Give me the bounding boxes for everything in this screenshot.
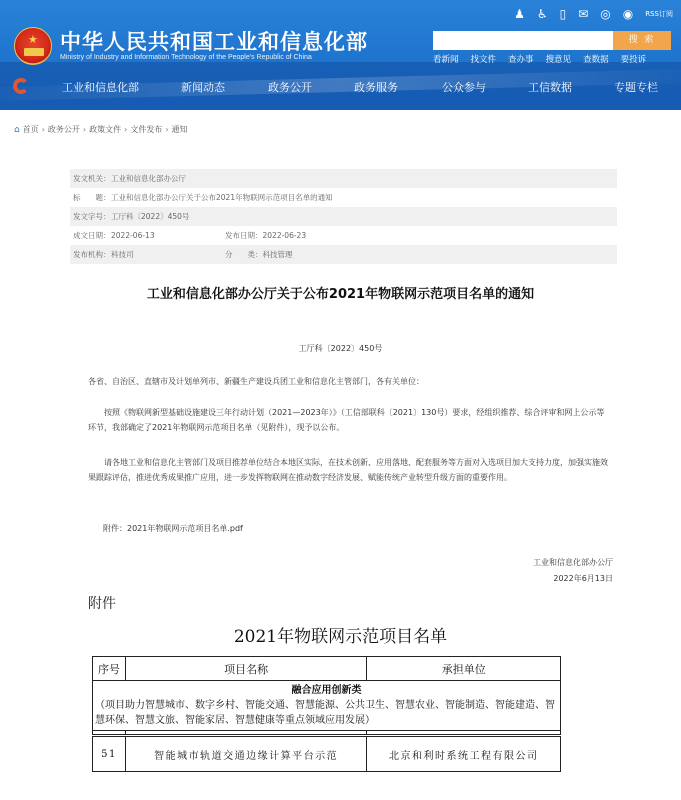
- salutation: 各省、自治区、直辖市及计划单列市、新疆生产建设兵团工业和信息化主管部门，各有关单…: [88, 374, 612, 389]
- search-input[interactable]: [433, 31, 613, 50]
- meta-label: 成文日期：: [73, 230, 111, 241]
- search-button[interactable]: 搜 索: [613, 31, 671, 50]
- meta-label: 标 题：: [73, 192, 111, 203]
- signature-organization: 工业和信息化部办公厅: [533, 557, 613, 568]
- nav-item-gov-affairs[interactable]: 政务公开: [268, 79, 312, 95]
- star-icon: ★: [28, 34, 38, 45]
- tiananmen-icon: [24, 48, 44, 56]
- meta-value: 2022-06-23: [263, 231, 307, 240]
- document-meta-table: 发文机关： 工业和信息化部办公厅 标 题： 工业和信息化部办公厅关于公布2021…: [70, 169, 617, 264]
- quick-link-news[interactable]: 看新闻: [433, 53, 459, 65]
- meta-value: 科技司: [111, 249, 134, 260]
- meta-value: 工厅科〔2022〕450号: [111, 211, 189, 222]
- breadcrumb-home[interactable]: 首页: [23, 124, 39, 135]
- meta-value: 2022-06-13: [111, 231, 155, 240]
- home-icon: ⌂: [14, 125, 20, 135]
- cell-project-name: 智能城市轨道交通边缘计算平台示范: [125, 736, 366, 772]
- table-row: 51 智能城市轨道交通边缘计算平台示范 北京和利时系统工程有限公司: [93, 736, 561, 772]
- meta-col2: 分 类：科技管理: [225, 249, 293, 260]
- nav-item-data[interactable]: 工信数据: [528, 79, 572, 95]
- column-header-name: 项目名称: [125, 657, 366, 681]
- table-header-row: 序号 项目名称 承担单位: [93, 657, 561, 681]
- site-subtitle: Ministry of Industry and Information Tec…: [60, 54, 312, 61]
- meta-row-docno: 发文字号： 工厅科〔2022〕450号: [70, 207, 617, 226]
- breadcrumb-gov-affairs[interactable]: 政务公开: [48, 124, 80, 135]
- nav-item-topics[interactable]: 专题专栏: [614, 79, 658, 95]
- mail-icon[interactable]: ✉: [578, 7, 588, 21]
- meta-label: 分 类：: [225, 250, 263, 259]
- top-utility-icons: ♟ ♿ ▯ ✉ ◎ ◉ RSS订阅: [514, 6, 673, 22]
- nav-item-news[interactable]: 新闻动态: [181, 79, 225, 95]
- meta-label: 发文机关：: [73, 173, 111, 184]
- site-title[interactable]: 中华人民共和国工业和信息化部: [60, 26, 368, 56]
- category-description: （项目助力智慧城市、数字乡村、智能交通、智慧能源、公共卫生、智慧农业、智能制造、…: [95, 700, 555, 726]
- breadcrumb: ⌂ 首页 › 政务公开 › 政策文件 › 文件发布 › 通知: [14, 124, 188, 135]
- wechat-icon[interactable]: ◎: [600, 7, 610, 21]
- breadcrumb-policy-files[interactable]: 政策文件: [89, 124, 121, 135]
- meta-row-title: 标 题： 工业和信息化部办公厅关于公布2021年物联网示范项目名单的通知: [70, 188, 617, 207]
- accessibility-icon[interactable]: ♿: [537, 7, 548, 21]
- chevron-right-icon: ›: [165, 125, 168, 134]
- cell-organization: 北京和利时系统工程有限公司: [367, 736, 561, 772]
- quick-link-complaints[interactable]: 要投诉: [621, 53, 647, 65]
- robot-icon[interactable]: ♟: [514, 7, 525, 21]
- meta-value: 科技管理: [263, 250, 293, 259]
- china-gov-logo-icon[interactable]: [13, 78, 29, 94]
- national-emblem-logo[interactable]: ★: [14, 27, 52, 65]
- cell-no: 51: [93, 736, 126, 772]
- meta-value: 工业和信息化部办公厅关于公布2021年物联网示范项目名单的通知: [111, 192, 333, 203]
- article-title: 工业和信息化部办公厅关于公布2021年物联网示范项目名单的通知: [0, 283, 681, 302]
- meta-row-issuer: 发文机关： 工业和信息化部办公厅: [70, 169, 617, 188]
- breadcrumb-notice[interactable]: 通知: [172, 124, 188, 135]
- nav-item-participation[interactable]: 公众参与: [442, 79, 486, 95]
- mobile-icon[interactable]: ▯: [560, 7, 567, 21]
- quick-link-services[interactable]: 查办事: [508, 53, 534, 65]
- meta-col2: 发布日期：2022-06-23: [225, 230, 306, 241]
- nav-item-ministry[interactable]: 工业和信息化部: [62, 79, 139, 95]
- meta-value: 工业和信息化部办公厅: [111, 173, 186, 184]
- project-list-table: 序号 项目名称 承担单位 融合应用创新类 （项目助力智慧城市、数字乡村、智能交通…: [92, 656, 561, 772]
- column-header-no: 序号: [93, 657, 126, 681]
- attachment-link[interactable]: 附件：2021年物联网示范项目名单.pdf: [103, 523, 243, 534]
- meta-row-dept: 发布机构： 科技司 分 类：科技管理: [70, 245, 617, 264]
- quick-links: 看新闻 找文件 查办事 搜意见 查数据 要投诉: [433, 53, 646, 65]
- chevron-right-icon: ›: [83, 125, 86, 134]
- category-name: 融合应用创新类: [95, 683, 558, 698]
- meta-label: 发布机构：: [73, 249, 111, 260]
- project-list-title: 2021年物联网示范项目名单: [0, 622, 681, 647]
- meta-row-dates: 成文日期： 2022-06-13 发布日期：2022-06-23: [70, 226, 617, 245]
- quick-link-data[interactable]: 查数据: [583, 53, 609, 65]
- meta-label: 发布日期：: [225, 231, 263, 240]
- attachment-heading: 附件: [88, 593, 116, 613]
- meta-label: 发文字号：: [73, 211, 111, 222]
- category-cell: 融合应用创新类 （项目助力智慧城市、数字乡村、智能交通、智慧能源、公共卫生、智慧…: [93, 681, 561, 731]
- chevron-right-icon: ›: [42, 125, 45, 134]
- document-number: 工厅科〔2022〕450号: [0, 343, 681, 354]
- breadcrumb-file-release[interactable]: 文件发布: [130, 124, 162, 135]
- category-row: 融合应用创新类 （项目助力智慧城市、数字乡村、智能交通、智慧能源、公共卫生、智慧…: [93, 681, 561, 731]
- chevron-right-icon: ›: [124, 125, 127, 134]
- search-box: 搜 索: [433, 31, 671, 50]
- site-header: ★ 中华人民共和国工业和信息化部 Ministry of Industry an…: [0, 0, 681, 110]
- paragraph-2: 请各地工业和信息化主管部门及项目推荐单位结合本地区实际，在技术创新、应用落地、配…: [88, 455, 612, 485]
- rss-link[interactable]: RSS订阅: [645, 9, 673, 19]
- weibo-icon[interactable]: ◉: [623, 7, 633, 21]
- quick-link-opinions[interactable]: 搜意见: [546, 53, 572, 65]
- signature-date: 2022年6月13日: [553, 573, 613, 584]
- quick-link-files[interactable]: 找文件: [471, 53, 497, 65]
- nav-item-services[interactable]: 政务服务: [354, 79, 398, 95]
- main-nav: 工业和信息化部 新闻动态 政务公开 政务服务 公众参与 工信数据 专题专栏: [0, 74, 681, 100]
- paragraph-1: 按照《物联网新型基础设施建设三年行动计划（2021—2023年）》（工信部联科〔…: [88, 405, 612, 435]
- column-header-org: 承担单位: [367, 657, 561, 681]
